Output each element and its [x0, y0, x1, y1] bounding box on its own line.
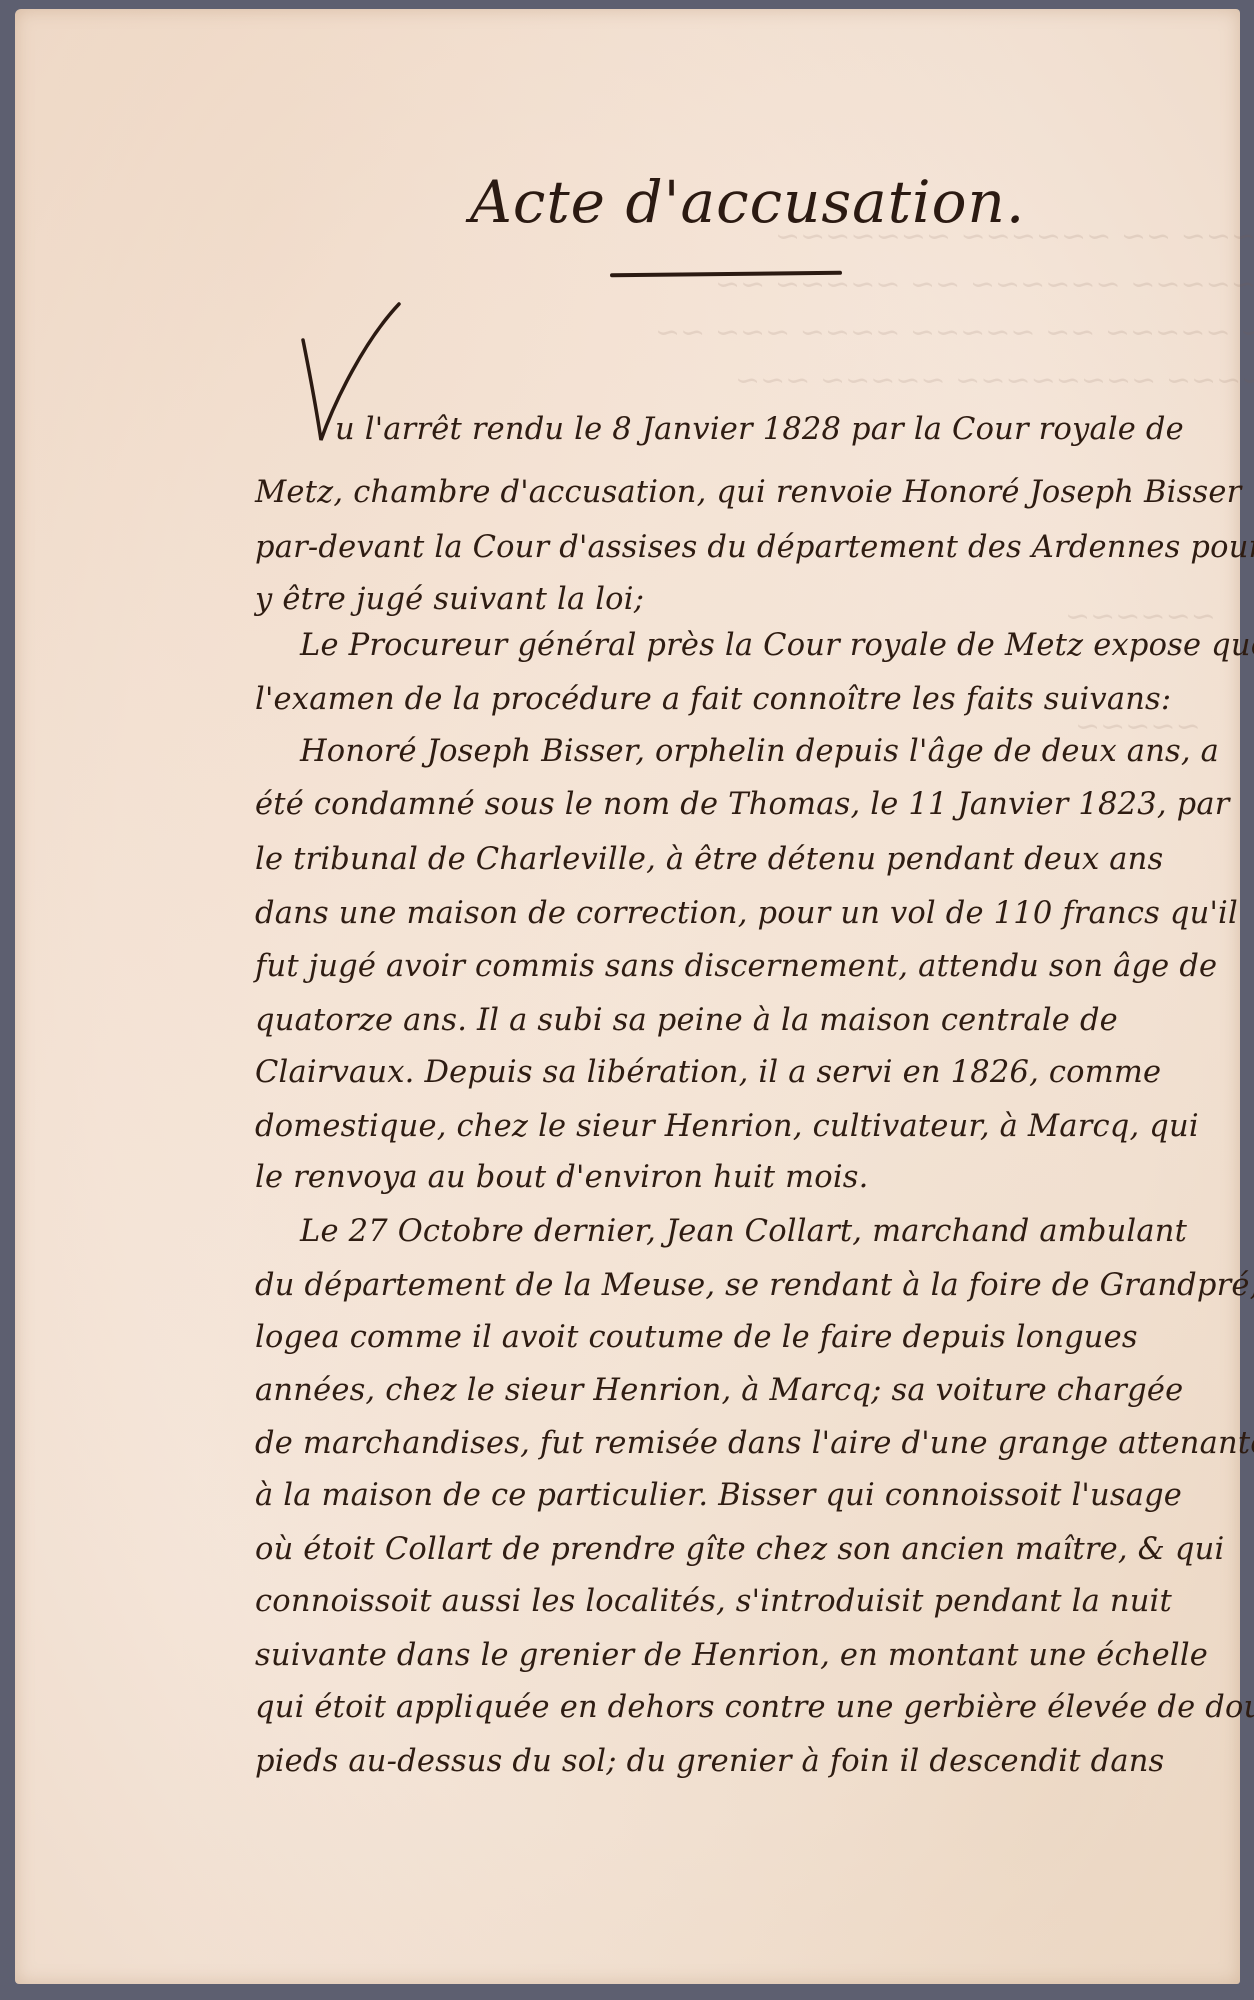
manuscript-line: années, chez le sieur Henrion, à Marcq; … — [255, 1373, 1183, 1408]
manuscript-line: où étoit Collart de prendre gîte chez so… — [255, 1532, 1224, 1567]
manuscript-page: ~~~ ~~~~~ ~~ ~~~~~~ ~~~~~~~ ~~ ~~~~~~ ~~… — [15, 9, 1240, 1984]
manuscript-line: domestique, chez le sieur Henrion, culti… — [255, 1109, 1199, 1144]
manuscript-line: Le Procureur général près la Cour royale… — [300, 628, 1254, 663]
manuscript-line: par-devant la Cour d'assises du départem… — [255, 530, 1254, 565]
document-title: Acte d'accusation. — [470, 168, 1025, 236]
manuscript-line: Le 27 Octobre dernier, Jean Collart, mar… — [300, 1214, 1187, 1249]
manuscript-line: l'examen de la procédure a fait connoîtr… — [255, 682, 1171, 717]
manuscript-line: du département de la Meuse, se rendant à… — [255, 1268, 1254, 1303]
manuscript-line: connoissoit aussi les localités, s'intro… — [255, 1584, 1172, 1619]
manuscript-line: de marchandises, fut remisée dans l'aire… — [255, 1426, 1254, 1461]
manuscript-line: fut jugé avoir commis sans discernement,… — [255, 949, 1217, 984]
manuscript-line: Clairvaux. Depuis sa libération, il a se… — [255, 1055, 1161, 1090]
manuscript-line: été condamné sous le nom de Thomas, le 1… — [255, 787, 1230, 822]
manuscript-line: u l'arrêt rendu le 8 Janvier 1828 par la… — [335, 412, 1184, 447]
manuscript-line: qui étoit appliquée en dehors contre une… — [255, 1690, 1254, 1725]
manuscript-line: logea comme il avoit coutume de le faire… — [255, 1320, 1138, 1355]
manuscript-line: Metz, chambre d'accusation, qui renvoie … — [255, 475, 1241, 510]
manuscript-line: y être jugé suivant la loi; — [255, 582, 644, 617]
manuscript-line: le renvoya au bout d'environ huit mois. — [255, 1160, 869, 1195]
manuscript-line: pieds au-dessus du sol; du grenier à foi… — [255, 1744, 1164, 1779]
manuscript-line: Honoré Joseph Bisser, orphelin depuis l'… — [300, 734, 1219, 769]
bleed-through-text: ~~ ~~~~~ ~~ ~~~~~ ~~~~ ~~~ ~~ — [655, 315, 1254, 350]
manuscript-line: suivante dans le grenier de Henrion, en … — [255, 1638, 1208, 1673]
bleed-through-text: ~~~~~ ~~~~~~~~ ~~~~~ ~~~ — [735, 363, 1254, 398]
manuscript-line: le tribunal de Charleville, à être déten… — [255, 842, 1163, 877]
manuscript-line: dans une maison de correction, pour un v… — [255, 896, 1238, 931]
manuscript-line: quatorze ans. Il a subi sa peine à la ma… — [255, 1003, 1118, 1038]
manuscript-line: à la maison de ce particulier. Bisser qu… — [255, 1478, 1182, 1513]
